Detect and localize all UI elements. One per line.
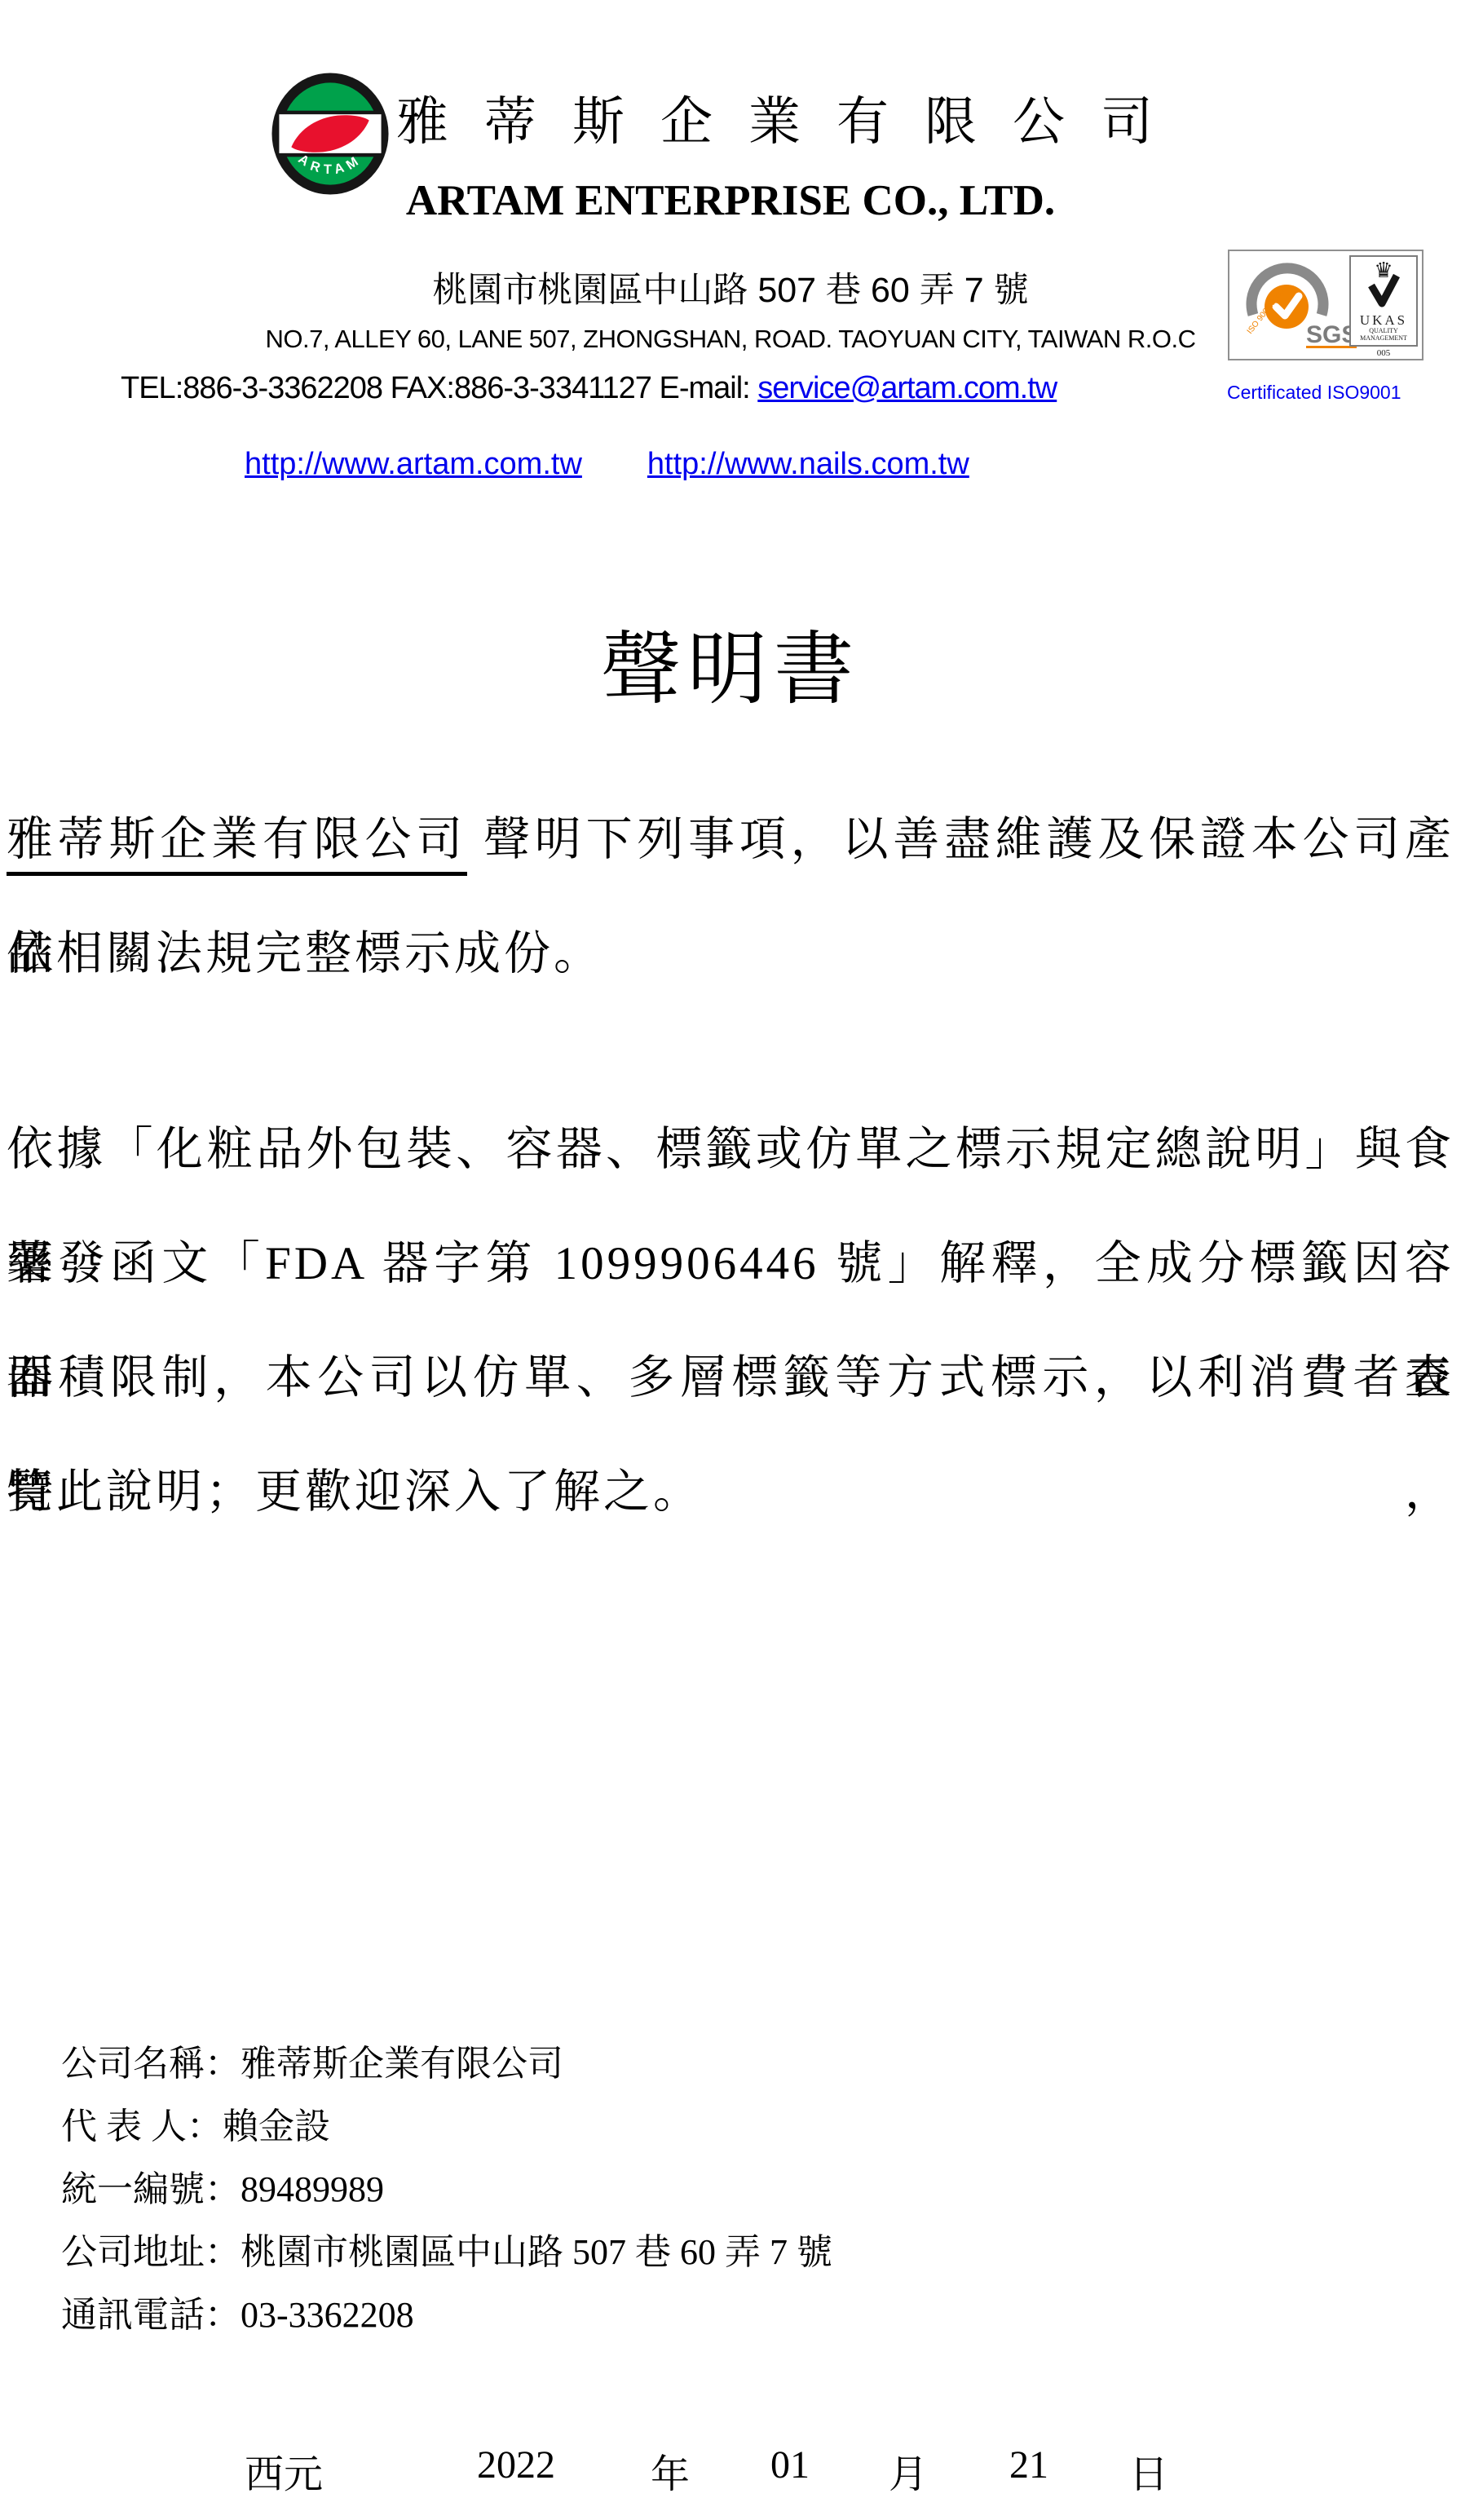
info-row-representative: 代 表 人：賴金設 [61,2095,832,2158]
nails-website-link[interactable]: http://www.nails.com.tw [647,447,969,482]
declaration-body: 雅蒂斯企業有限公司 聲明下列事項，以善盡維護及保證本公司產品 依相關法規完整標示… [7,783,1454,1550]
ukas-label: UKAS [1360,312,1407,328]
date-year-label: 年 [651,2443,690,2499]
ukas-sub2: MANAGEMENT [1360,334,1407,342]
info-value: 03-3362208 [241,2295,414,2335]
artam-website-link[interactable]: http://www.artam.com.tw [245,447,582,482]
ukas-number: 005 [1377,348,1391,358]
underlined-company-name: 雅蒂斯企業有限公司 [7,814,467,876]
iso-certificate-note: Certificated ISO9001 [1227,382,1401,404]
info-label: 公司地址： [61,2232,241,2272]
ukas-crown-icon: ♛ [1374,259,1393,283]
tel-fax-label: TEL:886-3-3362208 FAX:886-3-3341127 E-ma… [121,371,757,405]
body-line: 依相關法規完整標示成份。 [7,897,1454,1011]
info-row-address: 公司地址：桃園市桃園區中山路 507 巷 60 弄 7 號 [61,2221,832,2283]
body-line: 面積限制，本公司以仿單、多層標籤等方式標示，以利消費者查覽， [7,1321,1454,1435]
info-value: 桃園市桃園區中山路 507 巷 60 弄 7 號 [241,2232,832,2272]
info-label: 統一編號： [61,2169,241,2209]
date-month: 01 [770,2443,810,2487]
info-label: 公司名稱： [61,2044,241,2084]
info-value: 89489989 [241,2169,384,2209]
info-value: 雅蒂斯企業有限公司 [241,2044,563,2084]
ukas-sub1: QUALITY [1369,327,1398,334]
company-info: 公司名稱：雅蒂斯企業有限公司 代 表 人：賴金設 統一編號：89489989 公… [61,2032,832,2346]
body-line: 雅蒂斯企業有限公司 聲明下列事項，以善盡維護及保證本公司產品 [7,783,1454,897]
date-year: 2022 [477,2443,555,2487]
website-links: http://www.artam.com.tw http://www.nails… [245,447,969,482]
info-row-company-name: 公司名稱：雅蒂斯企業有限公司 [61,2032,832,2095]
info-row-tax-id: 統一編號：89489989 [61,2158,832,2221]
company-name-zh: 雅蒂斯企業有限公司 [396,80,1189,155]
body-line: 依據「化粧品外包裝、容器、標籤或仿單之標示規定總說明」與食藥 [7,1093,1454,1207]
date-day: 21 [1009,2443,1048,2487]
company-name-en: ARTAM ENTERPRISE CO., LTD. [0,176,1461,225]
info-label: 代 表 人： [61,2107,223,2146]
body-line: 署發函文「FDA 器字第 1099906446 號」解釋，全成分標籤因容器表 [7,1207,1454,1321]
info-value: 賴金設 [223,2107,330,2146]
certification-badge: SYSTEM CERTIFICATION ISO 9001:2000 SGS ♛… [1228,250,1423,360]
date-era: 西元 [245,2443,323,2499]
date-day-label: 日 [1129,2443,1168,2499]
info-row-phone: 通訊電話：03-3362208 [61,2283,832,2346]
date-month-label: 月 [889,2443,928,2499]
declaration-document: ARTAM 雅蒂斯企業有限公司 ARTAM ENTERPRISE CO., LT… [0,0,1461,2520]
page-title: 聲明書 [0,605,1461,720]
date-line: 西元 2022 年 01 月 21 日 [0,2443,1461,2500]
info-label: 通訊電話： [61,2295,241,2335]
contact-line: TEL:886-3-3362208 FAX:886-3-3341127 E-ma… [121,371,1057,406]
email-link[interactable]: service@artam.com.tw [757,371,1057,405]
